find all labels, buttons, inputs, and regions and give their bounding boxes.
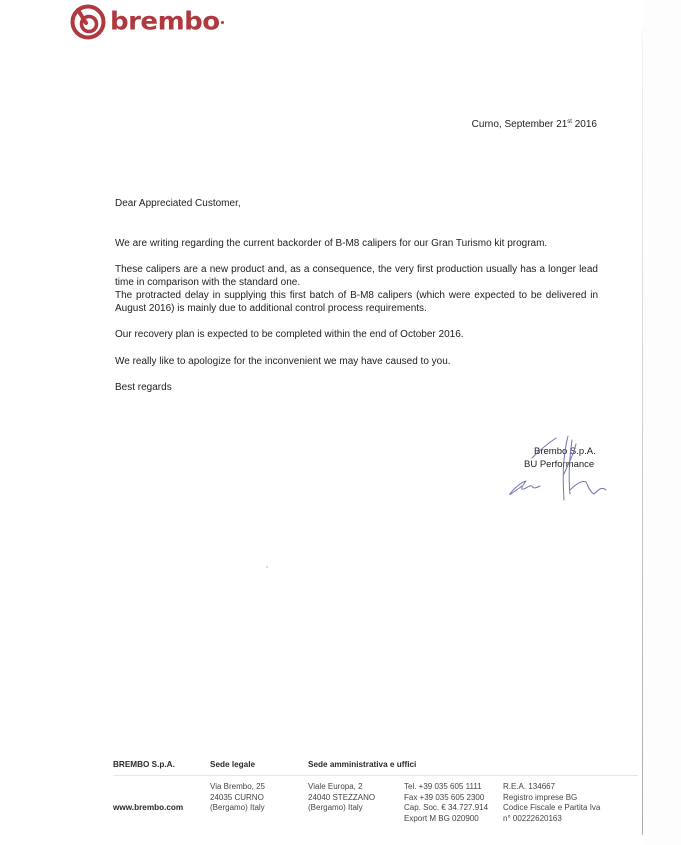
wordmark-dot — [221, 21, 224, 24]
letter-date: Curno, September 21st 2016 — [472, 119, 597, 130]
handwritten-signature-icon — [506, 434, 616, 506]
brembo-logo: brembo — [70, 4, 224, 40]
footer-company-name: BREMBO S.p.A. — [113, 760, 175, 769]
paragraph-2: These calipers are a new product and, as… — [115, 263, 598, 315]
page-margin — [643, 0, 681, 845]
address-line: (Bergamo) Italy — [308, 803, 375, 814]
paragraph-text: Our recovery plan is expected to be comp… — [115, 328, 598, 341]
brembo-wordmark: brembo — [110, 10, 220, 35]
signature-block: Brembo S.p.A. BU Performance — [506, 434, 616, 506]
registry-line: Codice Fiscale e Partita Iva — [503, 803, 600, 814]
address-line: 24040 STEZZANO — [308, 793, 375, 804]
contact-line: Fax +39 035 605 2300 — [404, 793, 488, 804]
paragraph-3: Our recovery plan is expected to be comp… — [115, 328, 598, 341]
date-text: Curno, September 21 — [472, 119, 568, 130]
salutation: Dear Appreciated Customer, — [115, 197, 598, 210]
brembo-disc-logo-icon — [70, 4, 106, 40]
closing-text: Best regards — [115, 381, 598, 394]
paragraph-text: We are writing regarding the current bac… — [115, 237, 598, 250]
contact-line: Tel. +39 035 605 1111 — [404, 782, 488, 793]
paragraph-1: We are writing regarding the current bac… — [115, 237, 598, 250]
registry-line: Registro imprese BG — [503, 793, 600, 804]
address-line: 24035 CURNO — [210, 793, 265, 804]
paragraph-text: The protracted delay in supplying this f… — [115, 289, 598, 315]
footer-admin-address: Viale Europa, 2 24040 STEZZANO (Bergamo)… — [308, 782, 375, 814]
scan-speck — [266, 566, 268, 568]
footer-legal-heading: Sede legale — [210, 760, 255, 769]
salutation-text: Dear Appreciated Customer, — [115, 197, 598, 210]
paragraph-text: These calipers are a new product and, as… — [115, 263, 598, 289]
address-line: Via Brembo, 25 — [210, 782, 265, 793]
footer-website-link[interactable]: www.brembo.com — [113, 803, 183, 812]
footer-legal-address: Via Brembo, 25 24035 CURNO (Bergamo) Ita… — [210, 782, 265, 814]
paragraph-text: We really like to apologize for the inco… — [115, 355, 598, 368]
date-year: 2016 — [572, 119, 597, 130]
address-line: Viale Europa, 2 — [308, 782, 375, 793]
registry-line: n° 00222620163 — [503, 814, 600, 825]
closing: Best regards — [115, 381, 598, 394]
footer-admin-heading: Sede amministrativa e uffici — [308, 760, 416, 769]
address-line: (Bergamo) Italy — [210, 803, 265, 814]
footer-registry: R.E.A. 134667 Registro imprese BG Codice… — [503, 782, 600, 824]
footer-divider — [113, 775, 638, 776]
footer-contacts: Tel. +39 035 605 1111 Fax +39 035 605 23… — [404, 782, 488, 824]
contact-line: Cap. Soc. € 34.727.914 — [404, 803, 488, 814]
page-edge-line — [642, 30, 643, 835]
paragraph-4: We really like to apologize for the inco… — [115, 355, 598, 368]
registry-line: R.E.A. 134667 — [503, 782, 600, 793]
contact-line: Export M BG 020900 — [404, 814, 488, 825]
